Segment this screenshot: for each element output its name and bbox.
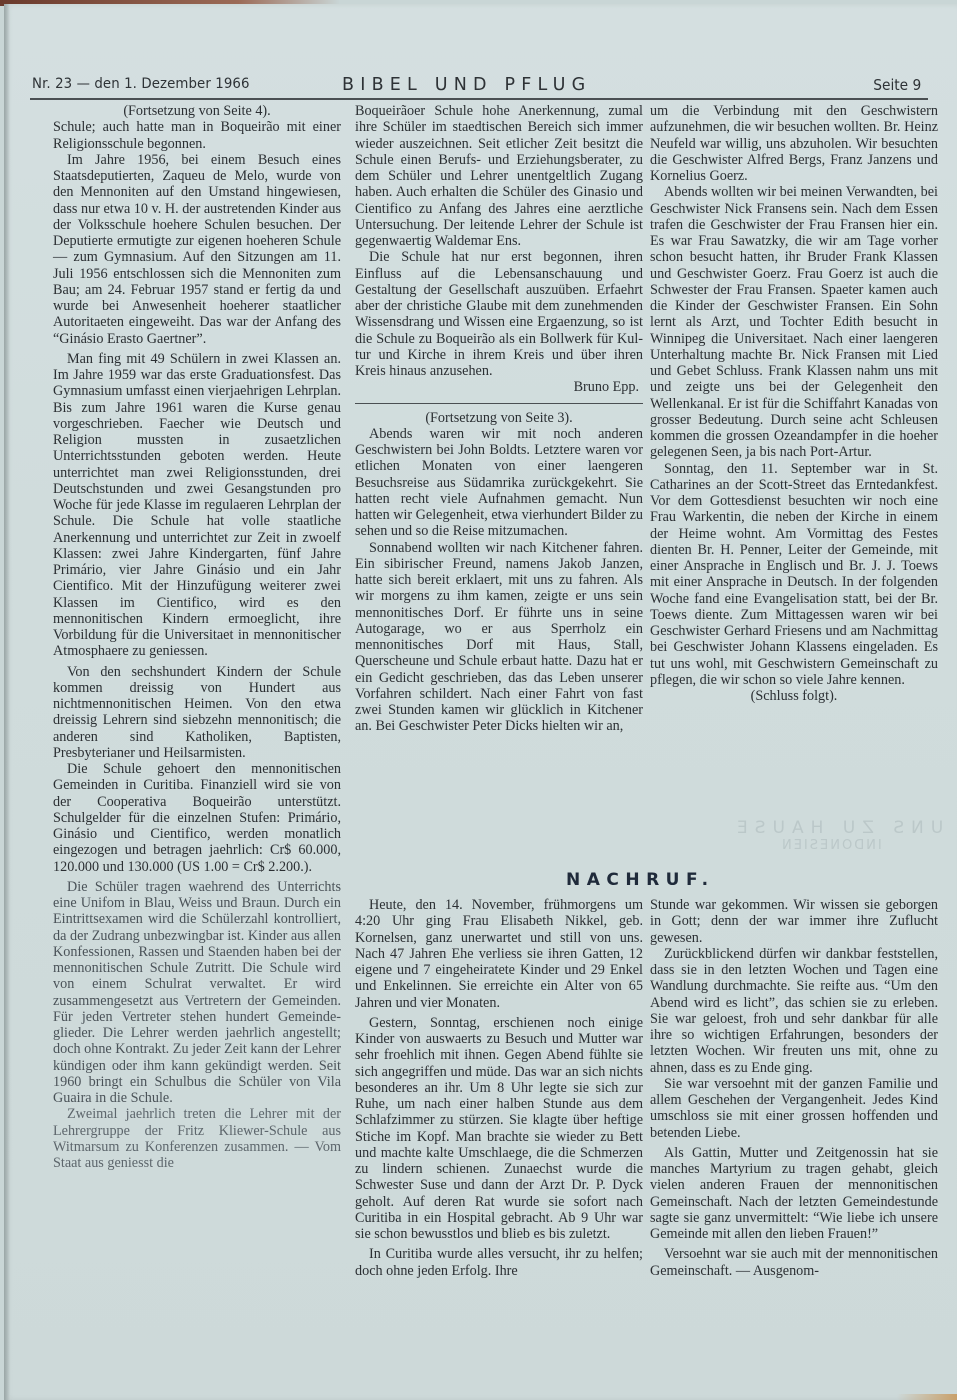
column-2: Boqueirãoer Schule hohe Anerkennung, zum… [355,103,643,735]
continued-from-note: (Fortsetzung von Seite 3). [355,410,643,426]
column-3: um die Verbindung mit den Geschwi­stern … [650,103,938,704]
issue-date: Nr. 23 — den 1. Dezember 1966 [32,76,250,92]
article-paragraph: Schule; auch hatte man in Boqueirão mit … [53,119,341,152]
article-paragraph: Zweimal jaehrlich treten die Lehrer mit … [53,1106,341,1171]
obituary-paragraph: Gestern, Sonntag, erschienen noch eini­g… [355,1015,643,1243]
to-be-concluded-note: (Schluss folgt). [650,688,938,704]
column-1: (Fortsetzung von Seite 4). Schule; auch … [53,103,341,1171]
obituary-column-2: Stunde war gekommen. Wir wissen sie gebo… [650,897,938,1279]
obituary-paragraph: Als Gattin, Mutter und Zeitgenossin hat … [650,1145,938,1243]
article-paragraph: Im Jahre 1956, bei einem Besuch eines St… [53,152,341,347]
header-rule [30,98,928,100]
article-paragraph: Sonnabend wollten wir nach Kitchener fah… [355,540,643,735]
author-signature: Bruno Epp. [355,379,643,395]
obituary-paragraph: Heute, den 14. November, frühmor­gens um… [355,897,643,1011]
binding-shadow [4,4,10,1400]
article-paragraph: um die Verbindung mit den Geschwi­stern … [650,103,938,184]
article-paragraph: Sonntag, den 11. September war in St. Ca… [650,461,938,689]
obituary-title: NACHRUF. [566,870,715,890]
obituary-paragraph: Sie war versoehnt mit der ganzen Fa­mili… [650,1076,938,1141]
continued-from-note: (Fortsetzung von Seite 4). [53,103,341,119]
obituary-paragraph: Versoehnt war sie auch mit der men­nonit… [650,1246,938,1279]
page-corner [897,1394,957,1400]
page-header: Nr. 23 — den 1. Dezember 1966 BIBEL UND … [32,76,925,98]
article-paragraph: Die Schüler tragen waehrend des Un­terri… [53,879,341,1107]
page-number: Seite 9 [873,76,921,94]
obituary-paragraph: Stunde war gekommen. Wir wissen sie gebo… [650,897,938,946]
article-paragraph: Die Schule gehoert den mennonitischen Ge… [53,761,341,875]
obituary-paragraph: Zurückblickend dürfen wir dankbar festst… [650,946,938,1076]
article-paragraph: Die Schule hat nur erst begonnen, ihren … [355,249,643,379]
obituary-paragraph: In Curitiba wurde alles versucht, ihr zu… [355,1246,643,1279]
article-paragraph: Abends wollten wir bei meinen Ver­wandte… [650,184,938,460]
obituary-column-1: Heute, den 14. November, frühmor­gens um… [355,897,643,1279]
masthead: BIBEL UND PFLUG [342,75,591,95]
article-paragraph: Man fing mit 49 Schülern in zwei Klas­se… [53,351,341,660]
article-paragraph: Abends waren wir mit noch anderen Geschw… [355,426,643,540]
article-paragraph: Boqueirãoer Schule hohe Anerkennung, zum… [355,103,643,249]
section-divider [355,403,643,404]
article-paragraph: Von den sechshundert Kindern der Schule … [53,664,341,762]
